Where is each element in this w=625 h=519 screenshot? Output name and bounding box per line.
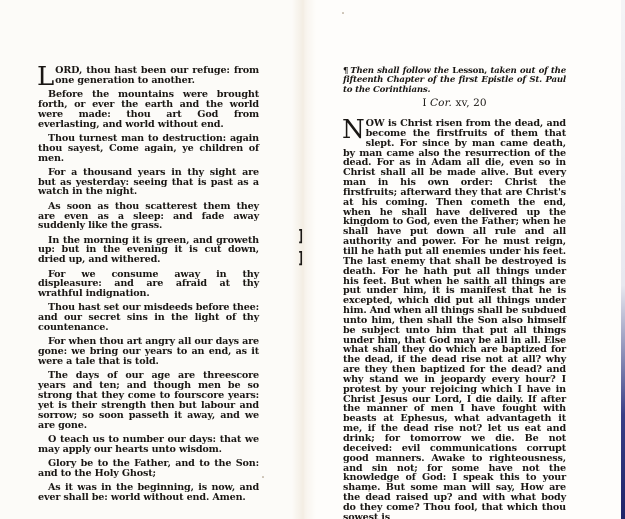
gloria-verse: As it was in the beginning, is now, and … [38,483,259,503]
psalm-verse: Thou turnest man to destruction: again t… [38,134,259,164]
psalm-verse: Before the mountains were brought forth,… [38,90,259,129]
paper-fleck [342,12,344,14]
cover-edge [621,0,625,519]
paper-fleck [262,476,264,478]
psalm-verse: Thou hast set our misdeeds before thee: … [38,303,259,333]
psalm-verse-1: LORD, thou hast been our refuge: from on… [38,66,259,86]
psalm-verse: For we consume away in thy displeasure: … [38,270,259,300]
paper-fleck [368,490,370,492]
scripture-reference: I Cor. xv, 20 [343,97,566,109]
book-spread: LORD, thou hast been our refuge: from on… [0,0,625,519]
bracket-mark: ] [298,228,302,244]
psalm-text: LORD, thou hast been our refuge: from on… [38,66,259,507]
book-gutter [292,0,316,519]
lesson-paragraph: NOW is Christ risen from the dead, and b… [343,119,566,519]
bracket-mark: ] [298,250,302,266]
paper-fleck [50,470,52,472]
lesson-text: NOW is Christ risen from the dead, and b… [343,119,566,519]
psalm-verse: The days of our age are threescore years… [38,371,259,430]
psalm-verse: For a thousand years in thy sight are bu… [38,168,259,198]
psalm-verse: In the morning it is green, and groweth … [38,236,259,266]
drop-cap: N [342,120,365,140]
psalm-verse: O teach us to number our days: that we m… [38,435,259,455]
psalm-verse: For when thou art angry all our days are… [38,337,259,367]
gloria-verse: Glory be to the Father, and to the Son: … [38,459,259,479]
rubric: ¶Then shall follow the Lesson, taken out… [343,67,566,95]
psalm-verse: As soon as thou scatterest them they are… [38,202,259,232]
drop-cap: L [37,67,54,87]
